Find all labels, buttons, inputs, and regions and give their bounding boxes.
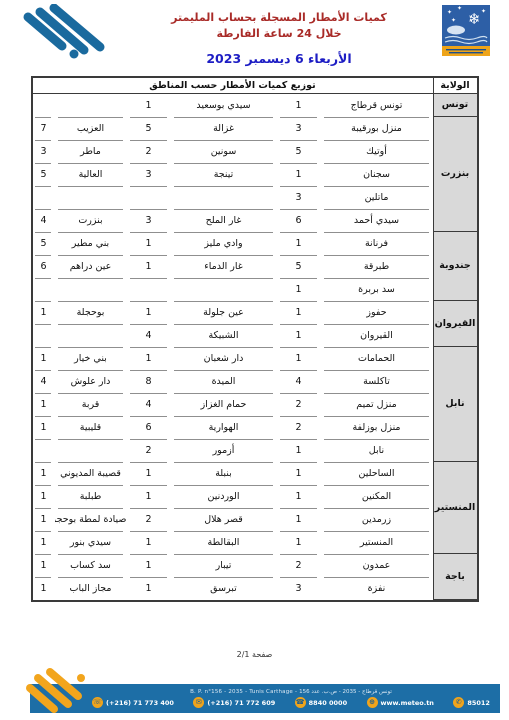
station-name-cell: منزل بورقيبة <box>321 117 433 140</box>
rainfall-value-cell: 1 <box>127 94 171 117</box>
report-date: الأربعاء 6 ديسمبر 2023 <box>117 51 441 66</box>
station-name-cell: تينجة <box>171 163 277 186</box>
footer-contact-text: 85012 <box>467 699 490 707</box>
snowflake-icon: ❄ <box>468 10 481 28</box>
station-name-cell: منزل تميم <box>321 393 433 416</box>
rainfall-value-cell: 7 <box>32 117 54 140</box>
rainfall-table: الولاية توزيع كميات الأمطار حسب المناطق … <box>32 78 476 600</box>
rainfall-value-cell: 1 <box>32 577 54 600</box>
station-name-cell: قصر هلال <box>171 508 277 531</box>
rainfall-value-cell: 1 <box>127 462 171 485</box>
station-name-cell: طبلبة <box>55 485 127 508</box>
station-name-cell: الشبيكة <box>171 324 277 347</box>
station-name-cell: سونين <box>171 140 277 163</box>
rainfall-value-cell <box>127 186 171 209</box>
rainfall-value-cell: 6 <box>277 209 321 232</box>
rainfall-value-cell: 1 <box>127 255 171 278</box>
footer-stripes-logo <box>24 666 86 718</box>
table-row: المنستيرالساحلين1بنبلة1قصيبة المديوني1 <box>32 462 476 485</box>
rainfall-value-cell: 1 <box>127 347 171 370</box>
station-name-cell: أزمور <box>171 439 277 462</box>
station-name-cell: البقالطة <box>171 531 277 554</box>
rainfall-value-cell: 4 <box>277 370 321 393</box>
rainfall-value-cell: 1 <box>277 347 321 370</box>
table-row: ماتلين3 <box>32 186 476 209</box>
station-name-cell: تيبار <box>171 554 277 577</box>
station-name-cell <box>55 186 127 209</box>
station-name-cell: مجاز الباب <box>55 577 127 600</box>
table-row: منزل تميم2حمام الغزاز4قربة1 <box>32 393 476 416</box>
rainfall-value-cell: 2 <box>127 140 171 163</box>
station-name-cell: زرمدين <box>321 508 433 531</box>
rainfall-value-cell: 5 <box>32 232 54 255</box>
station-name-cell: غزالة <box>171 117 277 140</box>
table-row: زرمدين1قصر هلال2صيادة لمطة بوحجر1 <box>32 508 476 531</box>
page-number: صفحة 2/1 <box>0 650 509 659</box>
station-name-cell: بوحجلة <box>55 301 127 324</box>
station-name-cell <box>55 94 127 117</box>
footer-contacts: ☏(+216) 71 773 400✉(+216) 71 772 609☎884… <box>30 695 500 708</box>
station-name-cell: دار شعبان <box>171 347 277 370</box>
station-name-cell <box>55 439 127 462</box>
rainfall-value-cell: 1 <box>127 577 171 600</box>
footer-contact-item: ✉(+216) 71 772 609 <box>193 697 275 708</box>
governorate-cell: المنستير <box>433 462 477 554</box>
mobile-icon: ✆ <box>453 697 464 708</box>
rainfall-value-cell: 2 <box>277 393 321 416</box>
station-name-cell: قربة <box>55 393 127 416</box>
station-name-cell: حفوز <box>321 301 433 324</box>
station-name-cell: تونس قرطاج <box>321 94 433 117</box>
table-row: سيدي أحمد6غار الملح3بنزرت4 <box>32 209 476 232</box>
rainfall-value-cell: 2 <box>277 416 321 439</box>
governorate-cell: نابل <box>433 347 477 462</box>
rainfall-value-cell: 5 <box>277 140 321 163</box>
rainfall-value-cell: 3 <box>277 186 321 209</box>
title-block: كميات الأمطار المسجلة بحساب المليمتر خلا… <box>117 4 441 66</box>
rain-drop-dot <box>70 50 79 59</box>
rainfall-value-cell: 1 <box>277 232 321 255</box>
station-name-cell: الميدة <box>171 370 277 393</box>
station-name-cell: بنزرت <box>55 209 127 232</box>
rainfall-value-cell: 1 <box>32 508 54 531</box>
rainfall-value-cell: 1 <box>277 485 321 508</box>
footer-contact-text: www.meteo.tn <box>381 699 434 707</box>
station-name-cell: سد كساب <box>55 554 127 577</box>
station-name-cell: بني خيار <box>55 347 127 370</box>
station-name-cell: وادي مليز <box>171 232 277 255</box>
table-row: طبرقة5غار الدماء1عين دراهم6 <box>32 255 476 278</box>
station-name-cell: سيدي بوسعيد <box>171 94 277 117</box>
footer-contact-text: (+216) 71 772 609 <box>207 699 275 707</box>
rainfall-value-cell: 6 <box>32 255 54 278</box>
station-name-cell: منزل بوزلفة <box>321 416 433 439</box>
rainfall-value-cell: 1 <box>32 393 54 416</box>
rainfall-value-cell: 1 <box>277 439 321 462</box>
rainfall-table-wrapper: الولاية توزيع كميات الأمطار حسب المناطق … <box>31 76 479 602</box>
rainfall-value-cell: 1 <box>32 485 54 508</box>
station-name-cell: الحمامات <box>321 347 433 370</box>
rainfall-value-cell: 1 <box>277 508 321 531</box>
table-row: أوتيك5سونين2ماطر3 <box>32 140 476 163</box>
rainfall-value-cell: 1 <box>127 232 171 255</box>
governorate-cell: القيروان <box>433 301 477 347</box>
rainfall-value-cell: 1 <box>277 278 321 301</box>
rainfall-value-cell: 2 <box>277 554 321 577</box>
station-name-cell: بنبلة <box>171 462 277 485</box>
rainfall-value-cell: 1 <box>127 531 171 554</box>
rainfall-value-cell: 4 <box>32 370 54 393</box>
rainfall-value-cell: 1 <box>127 485 171 508</box>
rainfall-value-cell: 6 <box>127 416 171 439</box>
station-name-cell: سيدي أحمد <box>321 209 433 232</box>
governorate-cell: جندوبة <box>433 232 477 301</box>
footer-contact-item: ☏(+216) 71 773 400 <box>92 697 174 708</box>
rainfall-value-cell: 1 <box>32 554 54 577</box>
rainfall-value-cell: 1 <box>277 324 321 347</box>
fax-icon: ☏ <box>92 697 103 708</box>
rainfall-value-cell: 5 <box>277 255 321 278</box>
rainfall-value-cell: 3 <box>277 117 321 140</box>
rainfall-value-cell: 1 <box>277 94 321 117</box>
rainfall-value-cell: 1 <box>277 163 321 186</box>
footer-contact-item: ✆85012 <box>453 697 490 708</box>
station-name-cell: ماتلين <box>321 186 433 209</box>
rainfall-value-cell <box>32 324 54 347</box>
rainfall-value-cell: 3 <box>127 209 171 232</box>
rainfall-value-cell: 4 <box>127 393 171 416</box>
table-row: القيروان1الشبيكة4 <box>32 324 476 347</box>
table-row: منزل بوزلفة2الهوارية6قليبية1 <box>32 416 476 439</box>
rainfall-value-cell: 1 <box>277 301 321 324</box>
table-row: سد بربرة1 <box>32 278 476 301</box>
station-name-cell: سد بربرة <box>321 278 433 301</box>
governorate-cell: تونس <box>433 94 477 117</box>
distribution-column-header: توزيع كميات الأمطار حسب المناطق <box>32 78 432 94</box>
rainfall-value-cell <box>32 186 54 209</box>
footer-contact-item: ⊕www.meteo.tn <box>367 697 434 708</box>
station-name-cell: سجنان <box>321 163 433 186</box>
station-name-cell: قصيبة المديوني <box>55 462 127 485</box>
table-row: بنزرتمنزل بورقيبة3غزالة5العزيب7 <box>32 117 476 140</box>
station-name-cell: الوردنين <box>171 485 277 508</box>
station-name-cell: الهوارية <box>171 416 277 439</box>
station-name-cell: تبرسق <box>171 577 277 600</box>
station-name-cell: غار الملح <box>171 209 277 232</box>
table-row: تاكلسة4الميدة8دار علوش4 <box>32 370 476 393</box>
rainfall-value-cell: 1 <box>32 416 54 439</box>
report-title-line2: خلال 24 ساعة الفارطة <box>117 26 441 42</box>
rainfall-value-cell: 3 <box>32 140 54 163</box>
inm-logo: ❄ ✦✦✦✦ <box>441 4 491 57</box>
svg-text:✦: ✦ <box>451 17 456 24</box>
station-name-cell: عين دراهم <box>55 255 127 278</box>
station-name-cell: عين جلولة <box>171 301 277 324</box>
rainfall-value-cell: 1 <box>127 301 171 324</box>
station-name-cell: العزيب <box>55 117 127 140</box>
rainfall-value-cell: 5 <box>32 163 54 186</box>
rain-table-body: تونستونس قرطاج1سيدي بوسعيد1بنزرتمنزل بور… <box>32 94 476 600</box>
station-name-cell: طبرقة <box>321 255 433 278</box>
footer-contact-text: 8840 0000 <box>309 699 347 707</box>
phone-icon: ☎ <box>295 697 306 708</box>
station-name-cell: ماطر <box>55 140 127 163</box>
table-row: جندوبةفرنانة1وادي مليز1بني مطير5 <box>32 232 476 255</box>
rainfall-value-cell: 1 <box>32 531 54 554</box>
table-row: تونستونس قرطاج1سيدي بوسعيد1 <box>32 94 476 117</box>
cloud-icon <box>447 26 465 35</box>
station-name-cell: حمام الغزاز <box>171 393 277 416</box>
page-header: كميات الأمطار المسجلة بحساب المليمتر خلا… <box>0 0 509 66</box>
station-name-cell: بني مطير <box>55 232 127 255</box>
station-name-cell: المكنين <box>321 485 433 508</box>
station-name-cell: عمدون <box>321 554 433 577</box>
rainfall-value-cell: 8 <box>127 370 171 393</box>
station-name-cell: أوتيك <box>321 140 433 163</box>
rainfall-value-cell: 4 <box>32 209 54 232</box>
rainfall-value-cell <box>32 439 54 462</box>
station-name-cell: غار الدماء <box>171 255 277 278</box>
svg-text:✦: ✦ <box>447 9 452 16</box>
table-row: المنستير1البقالطة1سيدي بنور1 <box>32 531 476 554</box>
rainfall-value-cell: 1 <box>277 531 321 554</box>
governorate-column-header: الولاية <box>433 78 477 94</box>
rainfall-value-cell <box>127 278 171 301</box>
table-row: نابل1أزمور2 <box>32 439 476 462</box>
rainfall-value-cell: 3 <box>277 577 321 600</box>
rainfall-value-cell: 4 <box>127 324 171 347</box>
rain-stripes-logo <box>12 4 117 59</box>
rainfall-value-cell: 2 <box>127 508 171 531</box>
footer-contact-text: (+216) 71 773 400 <box>106 699 174 707</box>
station-name-cell: نفزة <box>321 577 433 600</box>
rainfall-value-cell: 1 <box>32 462 54 485</box>
station-name-cell: الساحلين <box>321 462 433 485</box>
station-name-cell: فرنانة <box>321 232 433 255</box>
mail-icon: ✉ <box>193 697 204 708</box>
footer-contact-item: ☎8840 0000 <box>295 697 347 708</box>
station-name-cell: قليبية <box>55 416 127 439</box>
rainfall-value-cell: 1 <box>32 347 54 370</box>
footer-bar: B. P. n°156 - 2035 - Tunis Carthage - تو… <box>30 684 500 713</box>
table-header-row: الولاية توزيع كميات الأمطار حسب المناطق <box>32 78 476 94</box>
station-name-cell <box>171 186 277 209</box>
station-name-cell: تاكلسة <box>321 370 433 393</box>
station-name-cell: دار علوش <box>55 370 127 393</box>
table-row: القيروانحفوز1عين جلولة1بوحجلة1 <box>32 301 476 324</box>
report-title-line1: كميات الأمطار المسجلة بحساب المليمتر <box>117 10 441 26</box>
rainfall-value-cell: 2 <box>127 439 171 462</box>
station-name-cell <box>55 324 127 347</box>
rainfall-value-cell: 5 <box>127 117 171 140</box>
table-row: نفزة3تبرسق1مجاز الباب1 <box>32 577 476 600</box>
governorate-cell: باجة <box>433 554 477 600</box>
rainfall-value-cell: 1 <box>277 462 321 485</box>
governorate-cell: بنزرت <box>433 117 477 232</box>
station-name-cell <box>171 278 277 301</box>
station-name-cell: صيادة لمطة بوحجر <box>55 508 127 531</box>
station-name-cell: نابل <box>321 439 433 462</box>
station-name-cell: سيدي بنور <box>55 531 127 554</box>
rainfall-value-cell: 1 <box>127 554 171 577</box>
rainfall-value-cell: 1 <box>32 301 54 324</box>
station-name-cell: القيروان <box>321 324 433 347</box>
table-row: المكنين1الوردنين1طبلبة1 <box>32 485 476 508</box>
table-row: باجةعمدون2تيبار1سد كساب1 <box>32 554 476 577</box>
table-row: سجنان1تينجة3العالية5 <box>32 163 476 186</box>
svg-text:✦: ✦ <box>481 8 486 15</box>
table-row: نابلالحمامات1دار شعبان1بني خيار1 <box>32 347 476 370</box>
rainfall-value-cell <box>32 278 54 301</box>
station-name-cell: العالية <box>55 163 127 186</box>
svg-text:✦: ✦ <box>457 5 462 12</box>
rainfall-value-cell <box>32 94 54 117</box>
globe-icon: ⊕ <box>367 697 378 708</box>
rainfall-value-cell: 3 <box>127 163 171 186</box>
bulletin-page: كميات الأمطار المسجلة بحساب المليمتر خلا… <box>0 0 509 720</box>
station-name-cell <box>55 278 127 301</box>
station-name-cell: المنستير <box>321 531 433 554</box>
